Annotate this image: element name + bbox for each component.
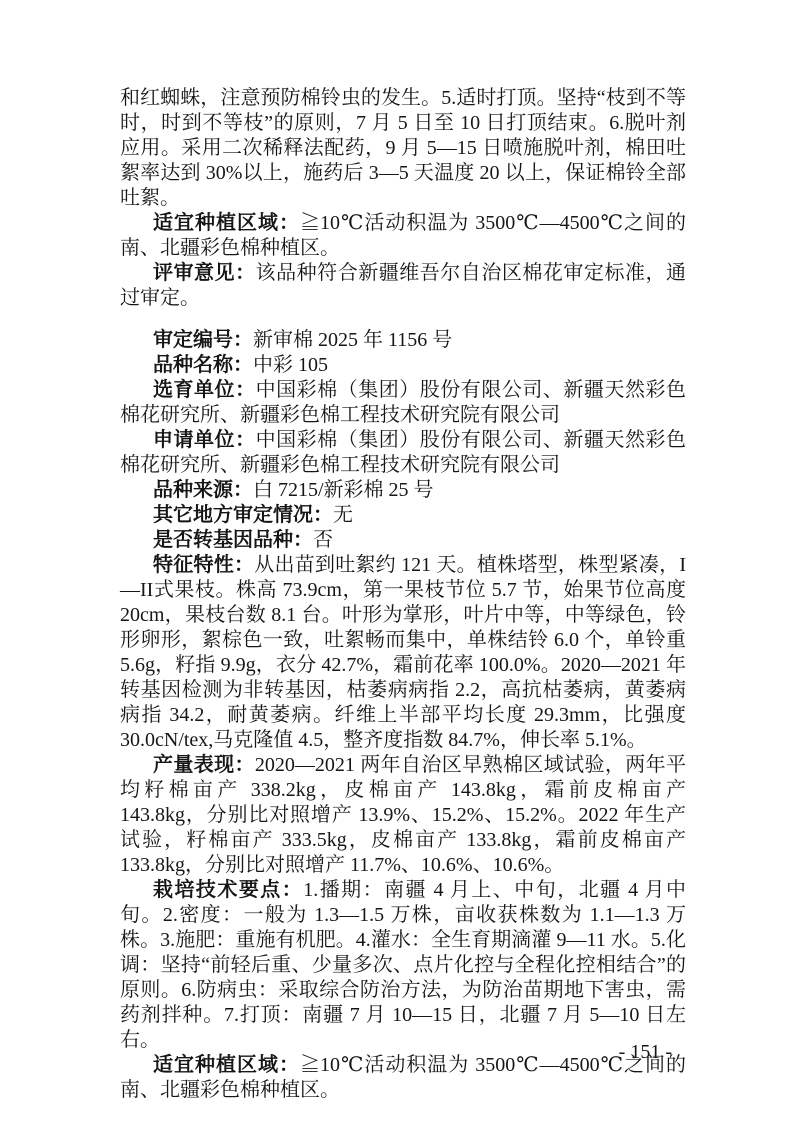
paragraph: 和红蜘蛛，注意预防棉铃虫的发生。5.适时打顶。坚持“枝到不等时，时到不等枝”的原… [120,86,686,211]
paragraph: 其它地方审定情况：无 [120,503,686,528]
field-label: 审定编号： [153,329,253,351]
field-label: 其它地方审定情况： [153,504,333,526]
paragraph: 栽培技术要点：1.播期：南疆 4 月上、中旬，北疆 4 月中旬。2.密度：一般为… [120,878,686,1053]
page-number: - 151 - [619,1041,672,1063]
document-body: 和红蜘蛛，注意预防棉铃虫的发生。5.适时打顶。坚持“枝到不等时，时到不等枝”的原… [120,86,686,1103]
paragraph: 产量表现：2020—2021 两年自治区早熟棉区域试验，两年平均籽棉亩产 338… [120,753,686,878]
field-label: 栽培技术要点： [153,879,303,901]
paragraph: 审定编号：新审棉 2025 年 1156 号 [120,328,686,353]
field-label: 产量表现： [153,754,255,776]
paragraph: 特征特性：从出苗到吐絮约 121 天。植株塔型，株型紧凑，I—II式果枝。株高 … [120,553,686,753]
field-label: 适宜种植区域： [153,1054,300,1076]
paragraph: 品种来源：白 7215/新彩棉 25 号 [120,478,686,503]
paragraph: 适宜种植区域：≧10℃活动积温为 3500℃—4500℃之间的南、北疆彩色棉种植… [120,1053,686,1103]
paragraph: 是否转基因品种：否 [120,528,686,553]
paragraph: 选育单位：中国彩棉（集团）股份有限公司、新疆天然彩色棉花研究所、新疆彩色棉工程技… [120,378,686,428]
paragraph: 申请单位：中国彩棉（集团）股份有限公司、新疆天然彩色棉花研究所、新疆彩色棉工程技… [120,428,686,478]
field-label: 选育单位： [153,379,256,401]
field-label: 申请单位： [153,429,256,451]
field-label: 适宜种植区域： [153,212,300,234]
field-label: 评审意见： [153,262,256,284]
paragraph: 适宜种植区域：≧10℃活动积温为 3500℃—4500℃之间的南、北疆彩色棉种植… [120,211,686,261]
paragraph: 评审意见：该品种符合新疆维吾尔自治区棉花审定标准，通过审定。 [120,261,686,311]
paragraph: 品种名称：中彩 105 [120,353,686,378]
document-page: 和红蜘蛛，注意预防棉铃虫的发生。5.适时打顶。坚持“枝到不等时，时到不等枝”的原… [0,0,793,1122]
field-label: 品种名称： [153,354,253,376]
field-label: 是否转基因品种： [153,529,313,551]
field-label: 特征特性： [153,554,254,576]
field-label: 品种来源： [153,479,253,501]
